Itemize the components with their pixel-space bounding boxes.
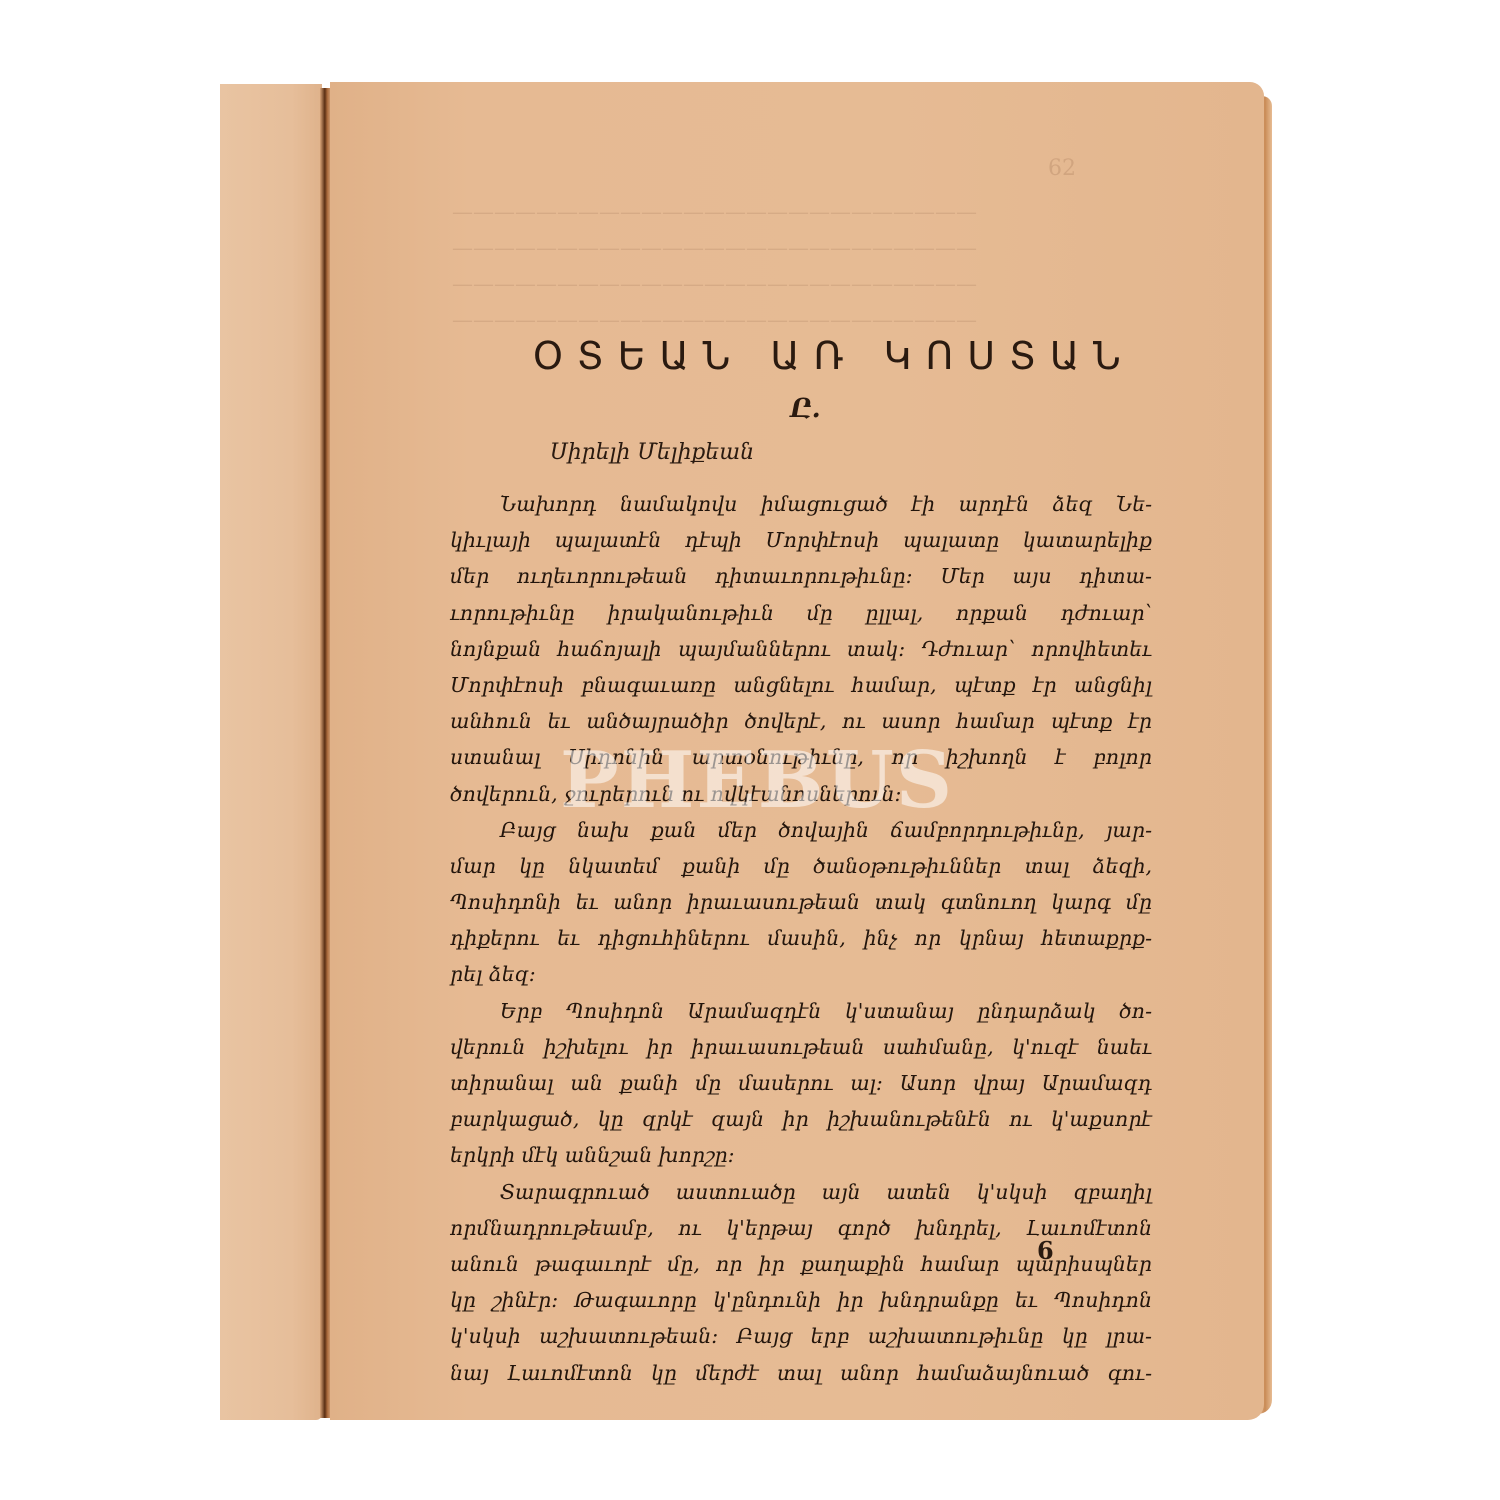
bleed-through-text: ————————————————————————— [452,308,977,332]
watermark: PHEBUS [560,735,954,826]
page-number: 6 [1037,1236,1054,1265]
text-line: վերուն իշխելու իր իրաւասութեան սահմանը, … [450,1029,1152,1065]
text-line: նայ Լաւոմէտոն կը մերժէ տալ անոր համաձայն… [450,1355,1152,1391]
text-line: դիքերու եւ դիցուհիներու մասին, ինչ որ կր… [450,920,1152,956]
section-number: Ը. [790,394,821,424]
chapter-title: ՕՏԵԱՆ ԱՌ ԿՈՍՏԱՆ [533,334,1093,378]
text-line: Նախորդ նամակովս իմացուցած էի արդէն ձեզ Ն… [450,486,1152,522]
letter-salutation: Սիրելի Մելիքեան [550,440,754,465]
text-line: կ'սկսի աշխատութեան։ Բայց երբ աշխատութիւն… [450,1318,1152,1354]
bleed-through-text: ————————————————————————— [452,272,977,296]
facing-page-left [220,84,322,1420]
text-line: տիրանալ ան քանի մը մասերու ալ։ Ասոր վրայ… [450,1065,1152,1101]
text-line: կիւլայի պալատէն դէպի Մորփէոսի պալատը կատ… [450,522,1152,558]
bleed-through-page-number: 62 [1048,156,1076,181]
text-line: բարկացած, կը զրկէ զայն իր իշխանութենէն ո… [450,1101,1152,1137]
text-line: ւորութիւնը իրականութիւն մը ըլլալ, որքան … [450,595,1152,631]
text-line: մեր ուղեւորութեան դիտաւորութիւնը։ Մեր այ… [450,558,1152,594]
text-line: րել ձեզ։ [450,956,1152,992]
bleed-through-text: ————————————————————————— [452,236,977,260]
text-line: Երբ Պոսիդոն Արամազդէն կ'ստանայ ընդարձակ … [450,993,1152,1029]
text-line: կը շինէր։ Թագաւորը կ'ընդունի իր խնդրանքը… [450,1282,1152,1318]
text-line: Մորփէոսի բնագաւառը անցնելու համար, պէտք … [450,667,1152,703]
bleed-through-text: ————————————————————————— [452,200,977,224]
text-line: անհուն եւ անծայրածիր ծովերէ, ու ասոր համ… [450,703,1152,739]
text-line: նոյնքան հաճոյալի պայմաններու տակ։ Դժուար… [450,631,1152,667]
text-line: Տարագրուած աստուածը այն ատեն կ'սկսի զբաղ… [450,1174,1152,1210]
text-line: երկրի մէկ աննշան խորշը։ [450,1137,1152,1173]
text-line: մար կը նկատեմ քանի մը ծանօթութիւններ տալ… [450,848,1152,884]
text-line: Պոսիդոնի եւ անոր իրաւասութեան տակ գտնուո… [450,884,1152,920]
